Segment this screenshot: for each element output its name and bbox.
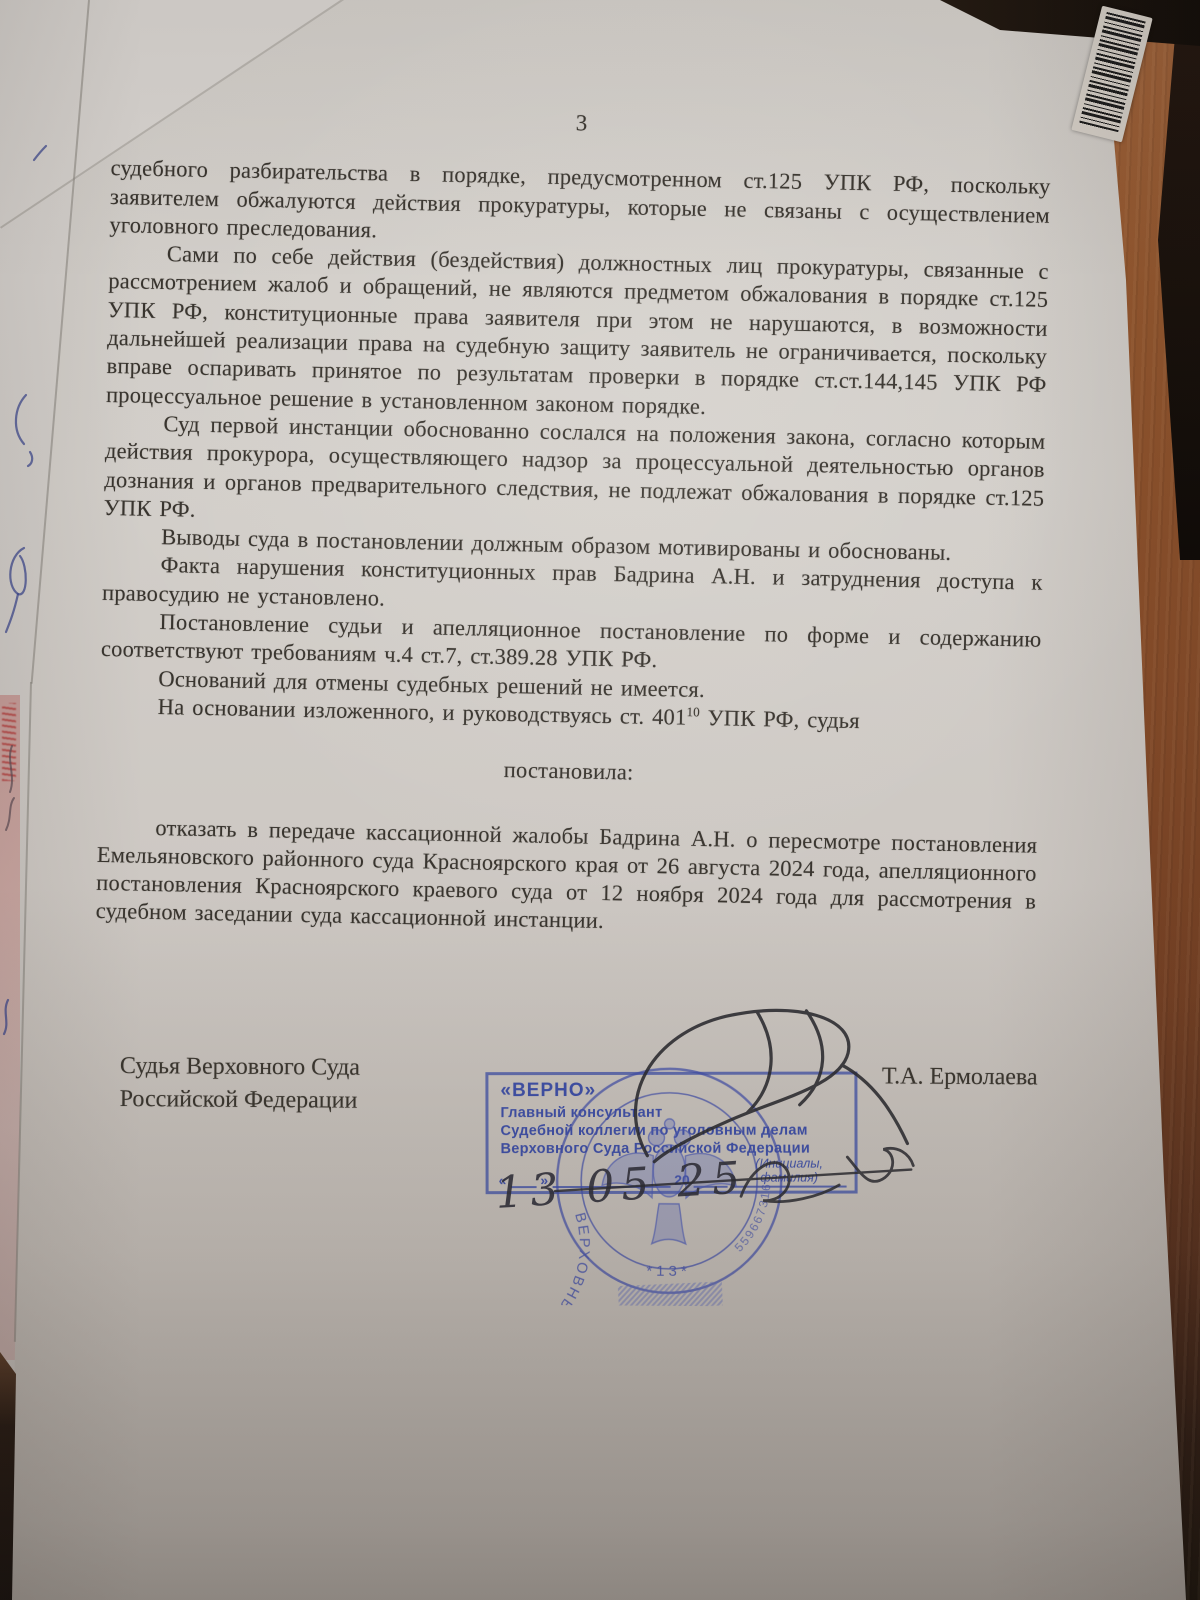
seal-center-mark: *13* xyxy=(646,1263,690,1280)
stamp-quote: « xyxy=(499,1172,507,1188)
judge-name: Т.А. Ермолаева xyxy=(882,1063,1038,1091)
svg-text:ВЕРХОВНЫЙ СУД РОССИЙСКОЙ ФЕДЕР: ВЕРХОВНЫЙ СУД РОССИЙСКОЙ ФЕДЕРАЦИИ xyxy=(543,1177,592,1307)
judge-title-line: Российской Федерации xyxy=(120,1083,360,1118)
judge-title-line: Судья Верховного Суда xyxy=(120,1050,360,1085)
svg-text:559667316: 559667316 xyxy=(732,1182,774,1255)
judge-title: Судья Верховного Суда Российской Федерац… xyxy=(120,1050,360,1118)
handwritten-ink: 13 05 25 xyxy=(0,0,1200,1600)
seal-hatch-band xyxy=(618,1281,723,1306)
official-seal: ВЕРХОВНЫЙ СУД РОССИЙСКОЙ ФЕДЕРАЦИИ 55966… xyxy=(543,1055,795,1307)
seal-eagle xyxy=(602,1118,737,1244)
signature-block: Судья Верховного Суда Российской Федерац… xyxy=(0,0,1200,1600)
stamp-blank-line xyxy=(510,1174,536,1188)
